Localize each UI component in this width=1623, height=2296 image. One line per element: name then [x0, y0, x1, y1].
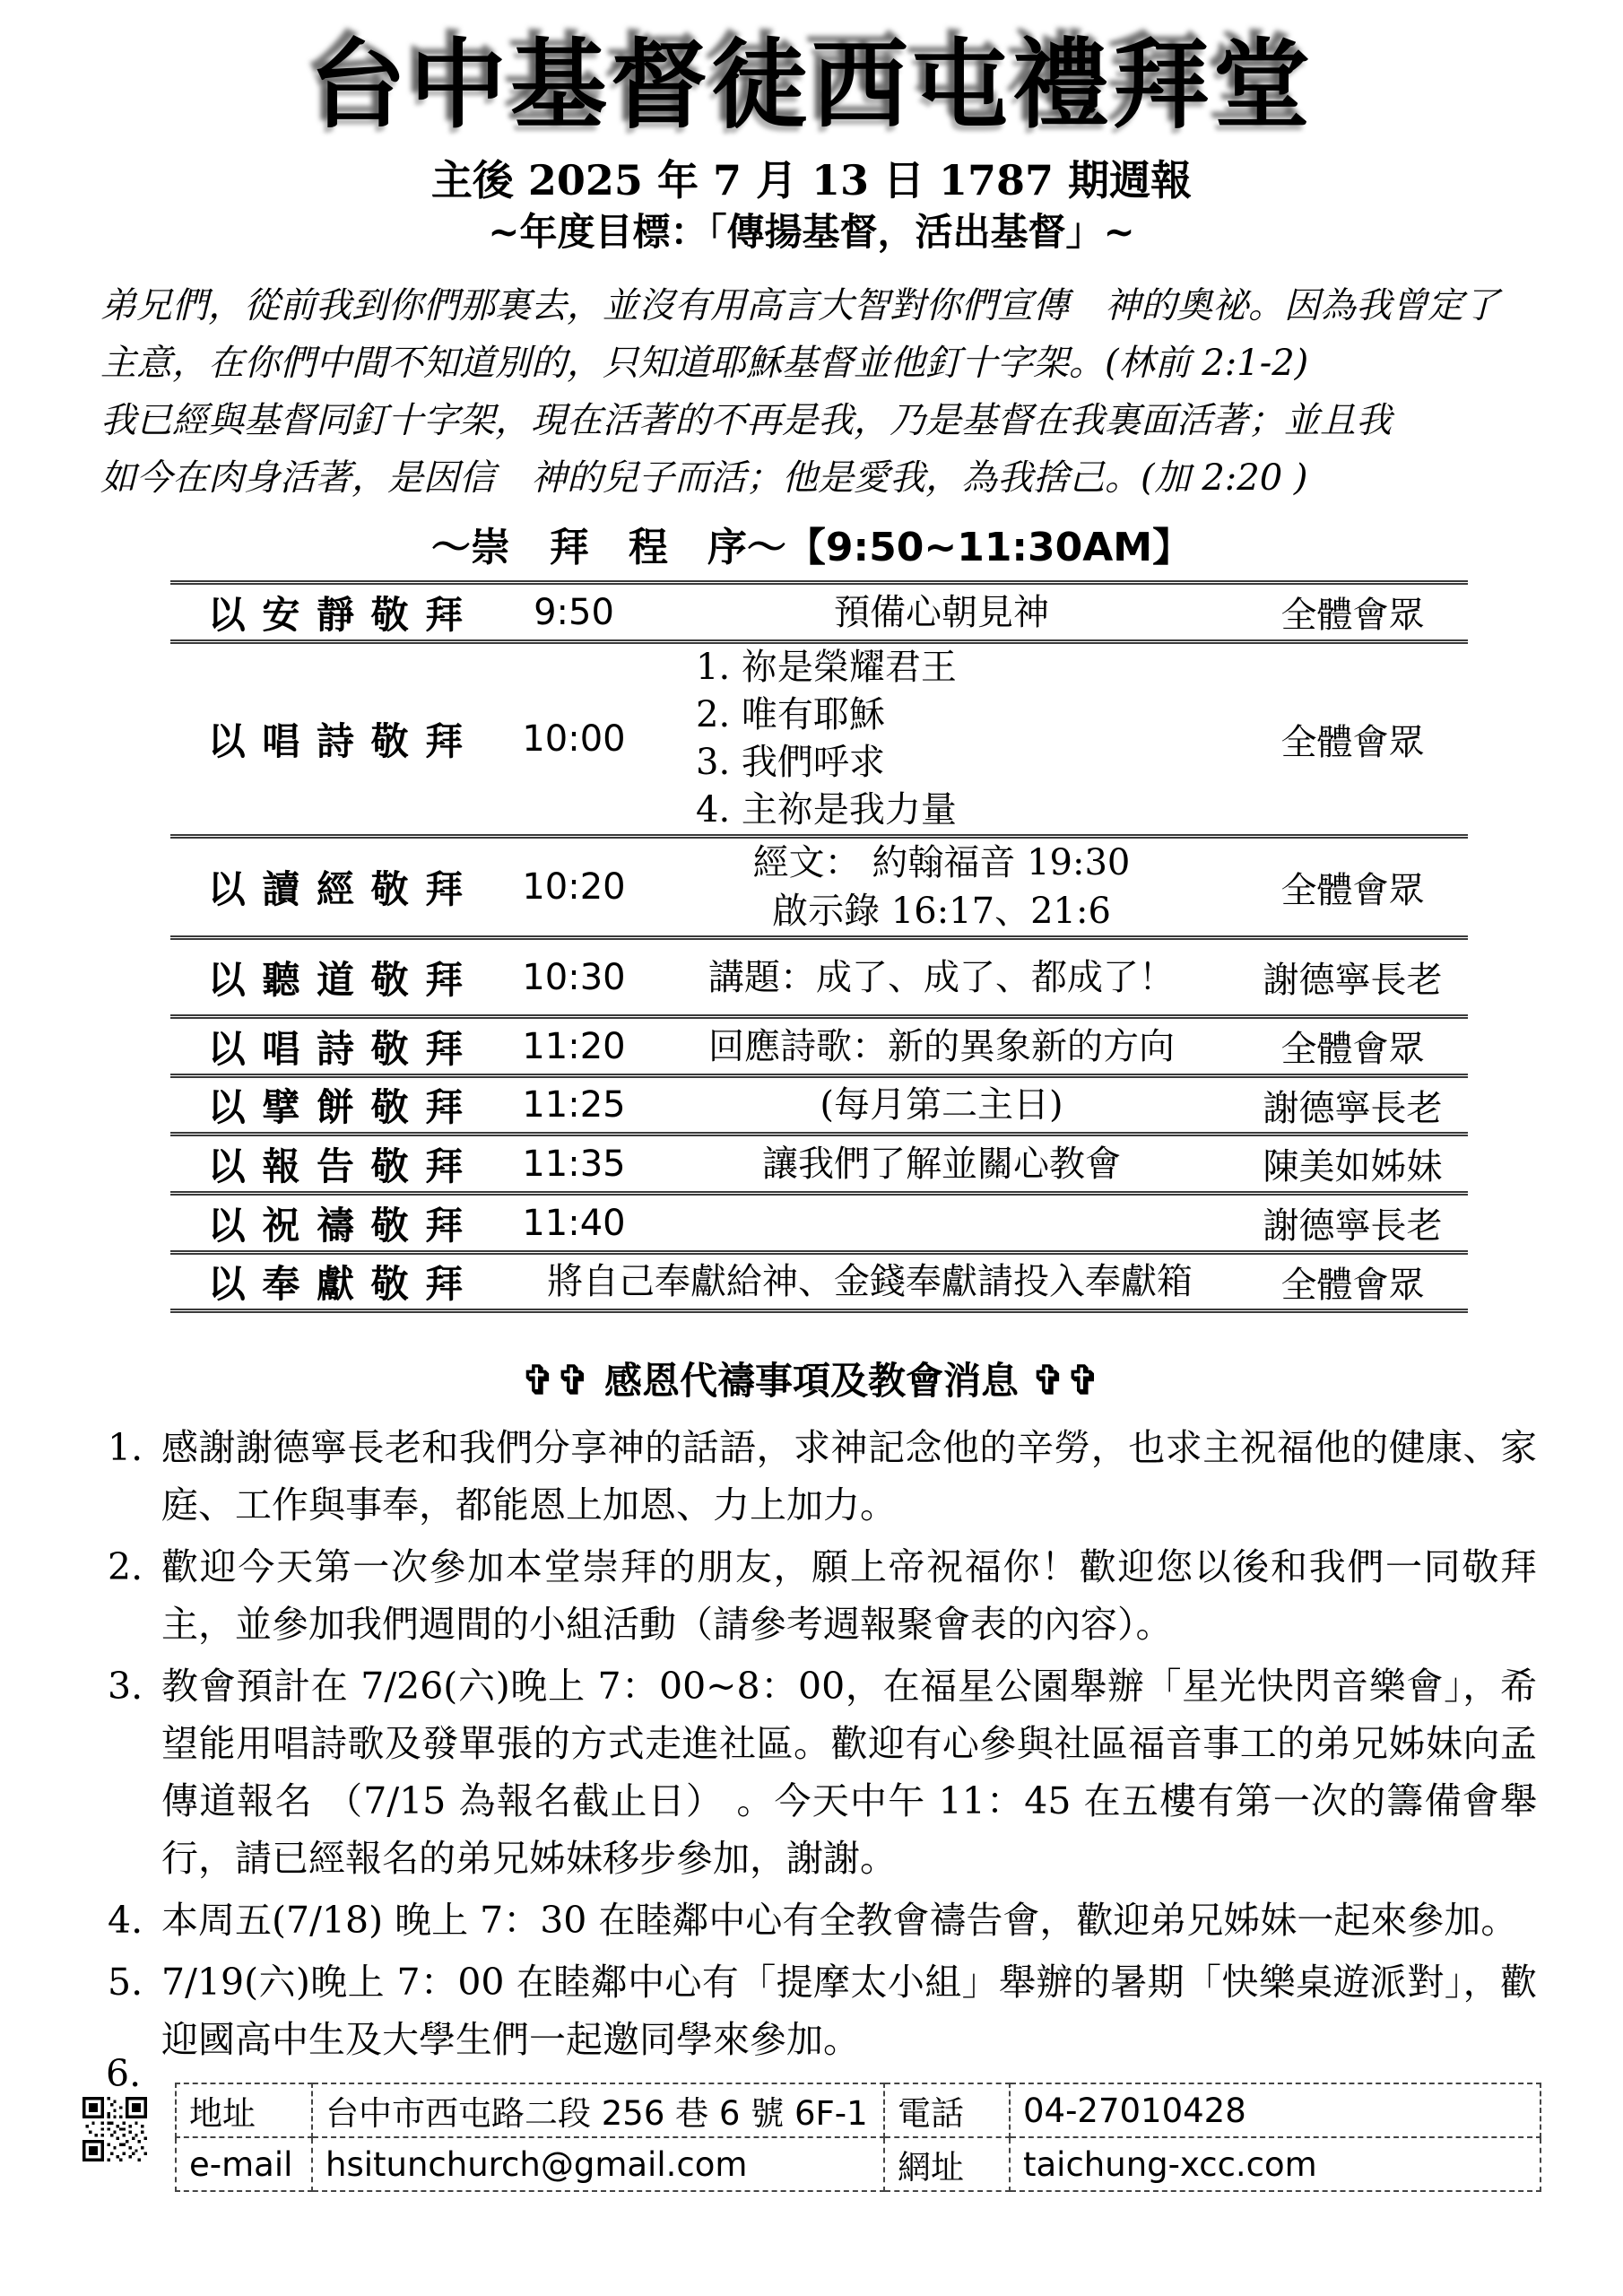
item-text: 歡迎今天第一次參加本堂崇拜的朋友，願上帝祝福你！歡迎您以後和我們一同敬拜主，並參… — [161, 1538, 1537, 1653]
content-cell: 1. 祢是榮耀君王 2. 唯有耶穌 3. 我們呼求 4. 主祢是我力量 — [646, 642, 1237, 837]
program-table: 以 安 靜 敬 拜 9:50 預備心朝見神 全體會眾 以 唱 詩 敬 拜 10:… — [170, 580, 1468, 1313]
item-text: 7/19(六)晚上 7：00 在睦鄰中心有「提摩太小組」舉辦的暑期「快樂桌遊派對… — [161, 1953, 1537, 2068]
song-line: 2. 唯有耶穌 — [696, 691, 1237, 739]
list-item: 2. 歡迎今天第一次參加本堂崇拜的朋友，願上帝祝福你！歡迎您以後和我們一同敬拜主… — [108, 1538, 1537, 1653]
content-line: 講題：成了、成了、都成了！ — [646, 953, 1237, 1002]
content-cell: (每月第二主日) — [646, 1076, 1237, 1135]
table-row: 以 唱 詩 敬 拜 11:20 回應詩歌：新的異象新的方向 全體會眾 — [170, 1017, 1468, 1076]
content-line: 回應詩歌：新的異象新的方向 — [646, 1022, 1237, 1071]
scripture-line: 我已經與基督同釘十字架，現在活著的不再是我，乃是基督在我裏面活著；並且我 — [100, 392, 1623, 449]
leader-cell: 陳美如姊妹 — [1237, 1135, 1468, 1194]
cross-icon: ✞✞ — [1032, 1358, 1102, 1404]
time-cell: 10:30 — [502, 938, 646, 1017]
leader-cell: 謝德寧長老 — [1237, 938, 1468, 1017]
content-cell: 經文： 約翰福音 19:30 啟示錄 16:17、21:6 — [646, 837, 1237, 938]
song-line: 1. 祢是榮耀君王 — [696, 644, 1237, 691]
program-heading-zh: ～崇 拜 程 序～ — [431, 525, 786, 570]
item-number: 1. — [108, 1419, 161, 1534]
content-line: 讓我們了解並關心教會 — [646, 1140, 1237, 1188]
activity-cell: 以 奉 獻 敬 拜 — [170, 1253, 502, 1311]
contact-table: 地址 台中市西屯路二段 256 巷 6 號 6F-1 電話 04-2701042… — [175, 2083, 1541, 2192]
leader-cell: 謝德寧長老 — [1237, 1194, 1468, 1253]
time-cell: 11:20 — [502, 1017, 646, 1076]
list-item: 3. 教會預計在 7/26(六)晚上 7：00~8：00，在福星公園舉辦「星光快… — [108, 1657, 1537, 1887]
table-row: 以 祝 禱 敬 拜 11:40 謝德寧長老 — [170, 1194, 1468, 1253]
table-row: 以 聽 道 敬 拜 10:30 講題：成了、成了、都成了！ 謝德寧長老 — [170, 938, 1468, 1017]
table-row: 以 唱 詩 敬 拜 10:00 1. 祢是榮耀君王 2. 唯有耶穌 3. 我們呼… — [170, 642, 1468, 837]
address-label: 地址 — [176, 2083, 312, 2137]
table-row: 以 報 告 敬 拜 11:35 讓我們了解並關心教會 陳美如姊妹 — [170, 1135, 1468, 1194]
content-line: 預備心朝見神 — [646, 588, 1237, 637]
email-label: e-mail — [176, 2137, 312, 2191]
email-value: hsitunchurch@gmail.com — [312, 2137, 884, 2191]
page-title: 台中基督徒西屯禮拜堂 — [0, 25, 1623, 146]
time-cell: 10:20 — [502, 837, 646, 938]
content-cell: 預備心朝見神 — [646, 583, 1237, 642]
content-cell: 讓我們了解並關心教會 — [646, 1135, 1237, 1194]
table-row: 以 奉 獻 敬 拜 將自己奉獻給神、金錢奉獻請投入奉獻箱 全體會眾 — [170, 1253, 1468, 1311]
scripture-line: 如今在肉身活著，是因信 神的兒子而活；他是愛我，為我捨己。(加 2:20 ) — [100, 449, 1623, 507]
news-heading: ✞✞ 感恩代禱事項及教會消息 ✞✞ — [0, 1356, 1623, 1406]
content-cell: 回應詩歌：新的異象新的方向 — [646, 1017, 1237, 1076]
table-row: 以 安 靜 敬 拜 9:50 預備心朝見神 全體會眾 — [170, 583, 1468, 642]
bulletin-page: { "header": { "title": "台中基督徒西屯禮拜堂", "da… — [0, 0, 1623, 2296]
scripture-line: 弟兄們，從前我到你們那裏去，並沒有用高言大智對你們宣傳 神的奧祕。因為我曾定了 — [100, 277, 1623, 335]
news-list: 1. 感謝謝德寧長老和我們分享神的話語，求神記念他的辛勞，也求主祝福他的健康、家… — [108, 1419, 1537, 2068]
activity-cell: 以 擘 餅 敬 拜 — [170, 1076, 502, 1135]
activity-cell: 以 安 靜 敬 拜 — [170, 583, 502, 642]
table-row: e-mail hsitunchurch@gmail.com 網址 taichun… — [176, 2137, 1541, 2191]
list-item: 4. 本周五(7/18) 晚上 7：30 在睦鄰中心有全教會禱告會，歡迎弟兄姊妹… — [108, 1892, 1537, 1949]
leader-cell: 全體會眾 — [1237, 837, 1468, 938]
address-value: 台中市西屯路二段 256 巷 6 號 6F-1 — [312, 2083, 884, 2137]
item-6-number: 6. — [106, 2052, 141, 2095]
item-text: 本周五(7/18) 晚上 7：30 在睦鄰中心有全教會禱告會，歡迎弟兄姊妹一起來… — [161, 1892, 1537, 1949]
table-row: 地址 台中市西屯路二段 256 巷 6 號 6F-1 電話 04-2701042… — [176, 2083, 1541, 2137]
item-text: 感謝謝德寧長老和我們分享神的話語，求神記念他的辛勞，也求主祝福他的健康、家庭、工… — [161, 1419, 1537, 1534]
phone-value: 04-27010428 — [1010, 2083, 1541, 2137]
cross-icon: ✞✞ — [522, 1358, 592, 1404]
contact-footer: 6. — [0, 2083, 1623, 2244]
activity-cell: 以 聽 道 敬 拜 — [170, 938, 502, 1017]
item-number: 4. — [108, 1892, 161, 1949]
scripture-passage: 弟兄們，從前我到你們那裏去，並沒有用高言大智對你們宣傳 神的奧祕。因為我曾定了 … — [100, 277, 1623, 507]
time-cell: 10:00 — [502, 642, 646, 837]
item-text: 教會預計在 7/26(六)晚上 7：00~8：00，在福星公園舉辦「星光快閃音樂… — [161, 1657, 1537, 1887]
content-line: 將自己奉獻給神、金錢奉獻請投入奉獻箱 — [502, 1257, 1237, 1306]
leader-cell: 全體會眾 — [1237, 1017, 1468, 1076]
time-cell: 11:35 — [502, 1135, 646, 1194]
leader-cell: 謝德寧長老 — [1237, 1076, 1468, 1135]
program-heading: ～崇 拜 程 序～【9:50~11:30AM】 — [0, 523, 1623, 573]
table-row: 以 擘 餅 敬 拜 11:25 (每月第二主日) 謝德寧長老 — [170, 1076, 1468, 1135]
song-line: 4. 主祢是我力量 — [696, 787, 1237, 834]
date-line: 主後 2025 年 7 月 13 日 1787 期週報 — [0, 155, 1623, 205]
list-item: 1. 感謝謝德寧長老和我們分享神的話語，求神記念他的辛勞，也求主祝福他的健康、家… — [108, 1419, 1537, 1534]
website-value: taichung-xcc.com — [1010, 2137, 1541, 2191]
scripture-line: 主意，在你們中間不知道別的，只知道耶穌基督並他釘十字架。(林前 2:1-2) — [100, 335, 1623, 392]
activity-cell: 以 讀 經 敬 拜 — [170, 837, 502, 938]
phone-label: 電話 — [884, 2083, 1010, 2137]
item-number: 5. — [108, 1953, 161, 2068]
activity-cell: 以 唱 詩 敬 拜 — [170, 1017, 502, 1076]
website-label: 網址 — [884, 2137, 1010, 2191]
song-line: 3. 我們呼求 — [696, 739, 1237, 787]
content-cell: 講題：成了、成了、都成了！ — [646, 938, 1237, 1017]
content-line: (每月第二主日) — [646, 1081, 1237, 1129]
leader-cell: 全體會眾 — [1237, 642, 1468, 837]
content-cell — [646, 1194, 1237, 1253]
item-number: 2. — [108, 1538, 161, 1653]
worship-program-section: ～崇 拜 程 序～【9:50~11:30AM】 以 安 靜 敬 拜 9:50 預… — [0, 523, 1623, 1313]
news-section: ✞✞ 感恩代禱事項及教會消息 ✞✞ 1. 感謝謝德寧長老和我們分享神的話語，求神… — [0, 1356, 1623, 2068]
time-cell: 11:25 — [502, 1076, 646, 1135]
program-heading-time: 【9:50~11:30AM】 — [786, 525, 1192, 570]
news-heading-title: 感恩代禱事項及教會消息 — [604, 1359, 1019, 1403]
activity-cell: 以 唱 詩 敬 拜 — [170, 642, 502, 837]
qr-code — [82, 2093, 147, 2165]
time-cell: 11:40 — [502, 1194, 646, 1253]
activity-cell: 以 祝 禱 敬 拜 — [170, 1194, 502, 1253]
leader-cell: 全體會眾 — [1237, 1253, 1468, 1311]
bulletin-header: 台中基督徒西屯禮拜堂 主後 2025 年 7 月 13 日 1787 期週報 ~… — [0, 25, 1623, 256]
table-row: 以 讀 經 敬 拜 10:20 經文： 約翰福音 19:30 啟示錄 16:17… — [170, 837, 1468, 938]
content-cell: 將自己奉獻給神、金錢奉獻請投入奉獻箱 — [502, 1253, 1237, 1311]
content-line: 經文： 約翰福音 19:30 — [646, 839, 1237, 887]
activity-cell: 以 報 告 敬 拜 — [170, 1135, 502, 1194]
content-line: 啟示錄 16:17、21:6 — [646, 887, 1237, 935]
annual-goal-line: ~年度目標：「傳揚基督，活出基督」~ — [0, 209, 1623, 256]
leader-cell: 全體會眾 — [1237, 583, 1468, 642]
time-cell: 9:50 — [502, 583, 646, 642]
item-number: 3. — [108, 1657, 161, 1887]
list-item: 5. 7/19(六)晚上 7：00 在睦鄰中心有「提摩太小組」舉辦的暑期「快樂桌… — [108, 1953, 1537, 2068]
